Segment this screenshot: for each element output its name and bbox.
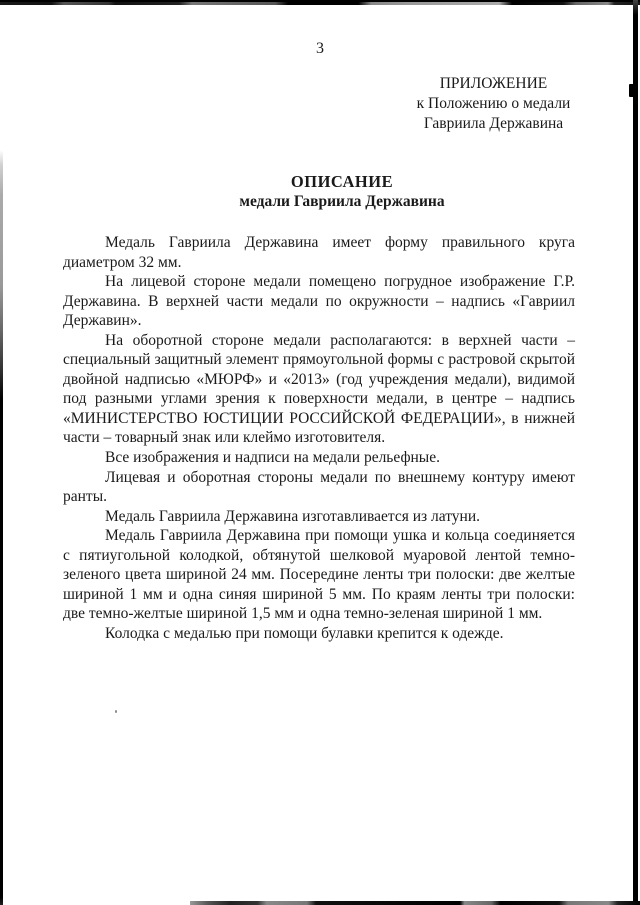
page-number: 3 bbox=[0, 40, 640, 58]
appendix-block: ПРИЛОЖЕНИЕ к Положению о медали Гавриила… bbox=[406, 74, 581, 133]
body-paragraph-8: Колодка с медалью при помощи булавки кре… bbox=[63, 624, 575, 644]
scan-artifact-right-edge bbox=[633, 0, 638, 905]
title-block: ОПИСАНИЕ медали Гавриила Державина bbox=[86, 172, 598, 211]
scan-artifact-left-edge bbox=[0, 150, 3, 905]
appendix-line-2: к Положению о медали bbox=[406, 94, 581, 114]
body-paragraph-6: Медаль Гавриила Державина изготавливаетс… bbox=[63, 507, 575, 527]
appendix-line-1: ПРИЛОЖЕНИЕ bbox=[406, 74, 581, 94]
scanned-document-page: 3 ПРИЛОЖЕНИЕ к Положению о медали Гаврии… bbox=[0, 0, 640, 905]
body-paragraph-4: Все изображения и надписи на медали рель… bbox=[63, 448, 575, 468]
document-title: ОПИСАНИЕ bbox=[86, 172, 598, 192]
scan-artifact-speck bbox=[115, 710, 117, 713]
appendix-line-3: Гавриила Державина bbox=[406, 114, 581, 134]
scan-artifact-top-edge bbox=[0, 0, 640, 5]
body-paragraph-5: Лицевая и оборотная стороны медали по вн… bbox=[63, 468, 575, 507]
body-paragraph-1: Медаль Гавриила Державина имеет форму пр… bbox=[63, 233, 575, 272]
body-paragraph-3: На оборотной стороне медали располагаютс… bbox=[63, 331, 575, 448]
document-body: Медаль Гавриила Державина имеет форму пр… bbox=[63, 233, 575, 643]
document-subtitle: медали Гавриила Державина bbox=[86, 192, 598, 212]
body-paragraph-2: На лицевой стороне медали помещено погру… bbox=[63, 272, 575, 331]
body-paragraph-7: Медаль Гавриила Державина при помощи ушк… bbox=[63, 526, 575, 624]
scan-artifact-right-notch bbox=[629, 84, 634, 97]
scan-artifact-bottom-edge bbox=[190, 901, 640, 905]
